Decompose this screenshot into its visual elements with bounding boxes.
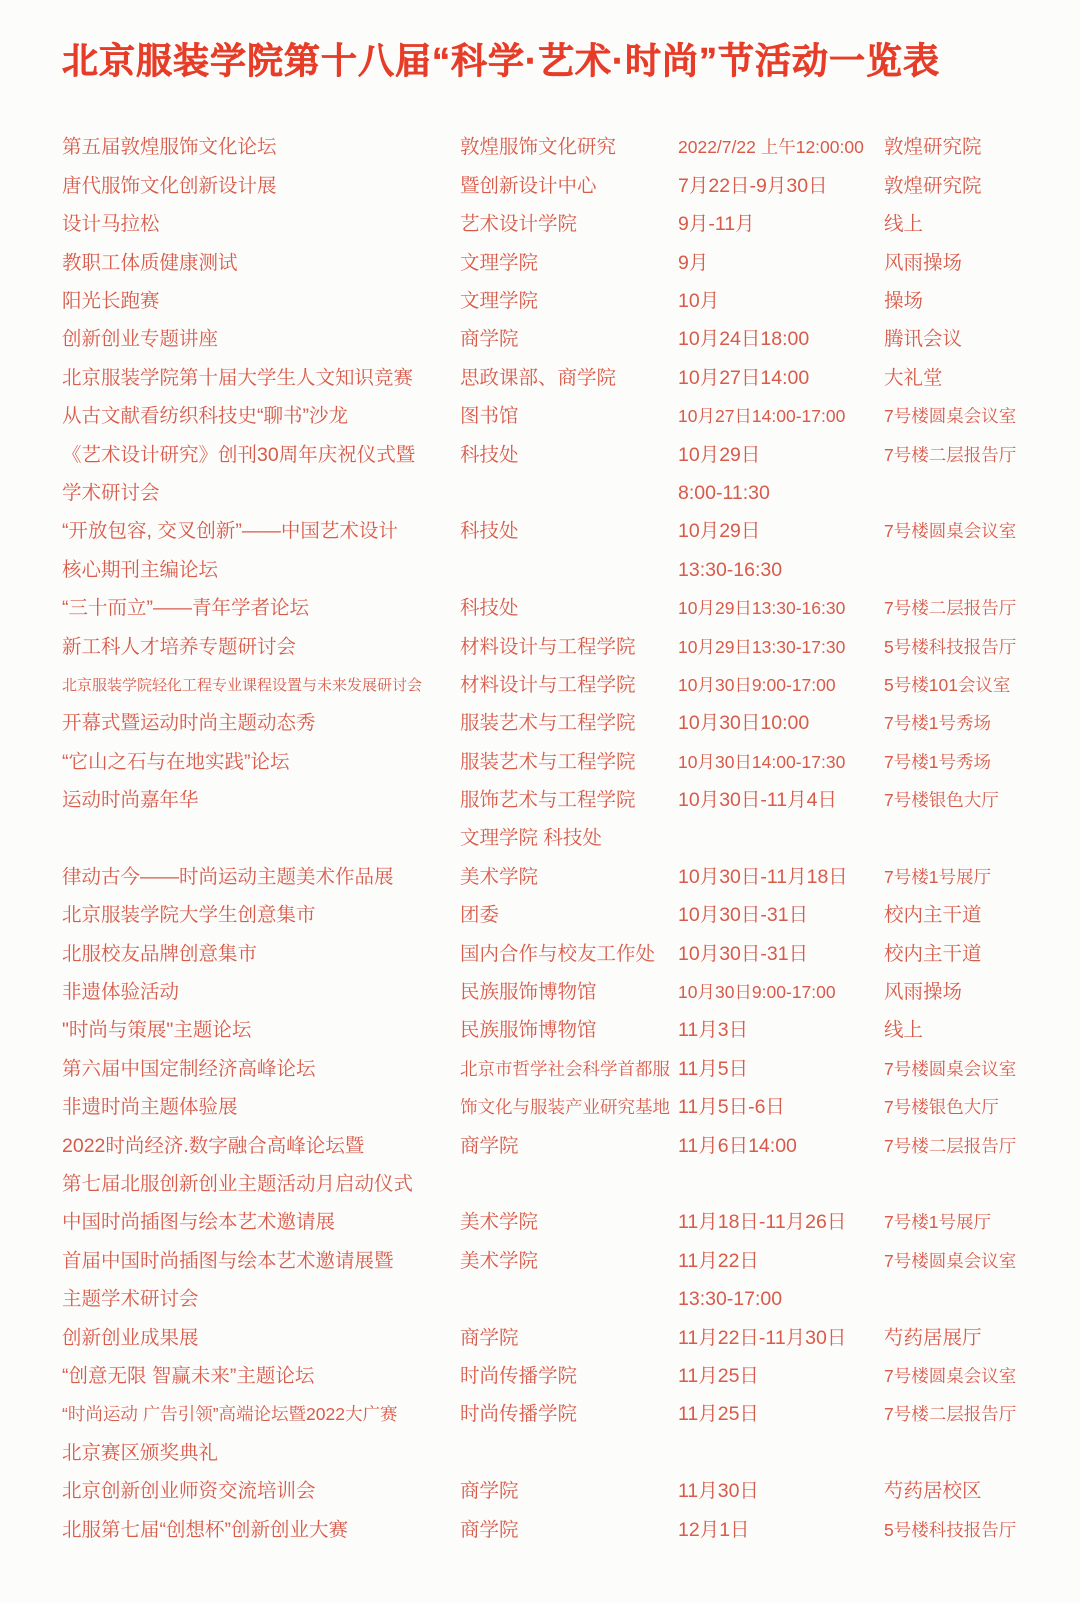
- location-cell: 校内主干道: [884, 906, 1050, 926]
- organizer-cell: 材料设计与工程学院: [460, 638, 678, 658]
- location-cell: 7号楼圆桌会议室: [884, 1253, 1050, 1271]
- organizer-cell: 图书馆: [460, 407, 678, 427]
- activity-cell: 北京创新创业师资交流培训会: [62, 1482, 460, 1502]
- location-cell: 7号楼1号秀场: [884, 754, 1050, 772]
- table-row: 第六届中国定制经济高峰论坛北京市哲学社会科学首都服11月5日7号楼圆桌会议室: [62, 1050, 1050, 1088]
- location-cell: 7号楼圆桌会议室: [884, 1061, 1050, 1079]
- datetime-cell: 9月-11月: [678, 215, 884, 235]
- organizer-cell: 国内合作与校友工作处: [460, 945, 678, 965]
- location-cell: 芍药居校区: [884, 1482, 1050, 1502]
- datetime-cell: 10月27日14:00-17:00: [678, 408, 884, 426]
- activity-cell: 核心期刊主编论坛: [62, 561, 460, 581]
- activity-cell: 主题学术研讨会: [62, 1290, 460, 1310]
- table-row: 运动时尚嘉年华服饰艺术与工程学院10月30日-11月4日7号楼银色大厅: [62, 782, 1050, 820]
- activity-cell: 中国时尚插图与绘本艺术邀请展: [62, 1213, 460, 1233]
- organizer-cell: 商学院: [460, 1137, 678, 1157]
- table-row: 第七届北服创新创业主题活动月启动仪式: [62, 1166, 1050, 1204]
- location-cell: 7号楼银色大厅: [884, 1099, 1050, 1117]
- organizer-cell: 思政课部、商学院: [460, 369, 678, 389]
- datetime-cell: 11月22日-11月30日: [678, 1329, 884, 1349]
- datetime-cell: 2022/7/22 上午12:00:00: [678, 139, 884, 157]
- table-row: 北京赛区颁奖典礼: [62, 1434, 1050, 1472]
- location-cell: 7号楼圆桌会议室: [884, 1368, 1050, 1386]
- location-cell: 7号楼二层报告厅: [884, 447, 1050, 465]
- datetime-cell: 10月30日-11月4日: [678, 791, 884, 811]
- organizer-cell: 科技处: [460, 599, 678, 619]
- datetime-cell: 11月5日: [678, 1060, 884, 1080]
- activity-cell: 第五届敦煌服饰文化论坛: [62, 138, 460, 158]
- organizer-cell: 科技处: [460, 446, 678, 466]
- organizer-cell: 商学院: [460, 1482, 678, 1502]
- location-cell: 操场: [884, 292, 1050, 312]
- activity-cell: 创新创业专题讲座: [62, 330, 460, 350]
- activity-cell: 学术研讨会: [62, 484, 460, 504]
- table-row: “开放包容, 交叉创新”——中国艺术设计科技处10月29日7号楼圆桌会议室: [62, 513, 1050, 551]
- organizer-cell: 服装艺术与工程学院: [460, 714, 678, 734]
- organizer-cell: 服饰艺术与工程学院: [460, 791, 678, 811]
- activity-cell: 北京服装学院轻化工程专业课程设置与未来发展研讨会: [62, 678, 460, 693]
- datetime-cell: 10月24日18:00: [678, 330, 884, 350]
- datetime-cell: 11月22日: [678, 1252, 884, 1272]
- organizer-cell: 服装艺术与工程学院: [460, 753, 678, 773]
- table-row: 第五届敦煌服饰文化论坛敦煌服饰文化研究2022/7/22 上午12:00:00敦…: [62, 129, 1050, 167]
- location-cell: 7号楼1号展厅: [884, 869, 1050, 887]
- organizer-cell: 美术学院: [460, 868, 678, 888]
- location-cell: 7号楼1号展厅: [884, 1214, 1050, 1232]
- table-row: “它山之石与在地实践”论坛服装艺术与工程学院10月30日14:00-17:307…: [62, 743, 1050, 781]
- activity-cell: “创意无限 智赢未来”主题论坛: [62, 1367, 460, 1387]
- datetime-cell: 11月30日: [678, 1482, 884, 1502]
- datetime-cell: 10月29日13:30-17:30: [678, 639, 884, 657]
- organizer-cell: 商学院: [460, 1329, 678, 1349]
- activity-cell: 创新创业成果展: [62, 1329, 460, 1349]
- activity-cell: 北京服装学院第十届大学生人文知识竞赛: [62, 369, 460, 389]
- organizer-cell: 美术学院: [460, 1252, 678, 1272]
- table-row: 2022时尚经济.数字融合高峰论坛暨商学院11月6日14:007号楼二层报告厅: [62, 1127, 1050, 1165]
- location-cell: 线上: [884, 215, 1050, 235]
- organizer-cell: 艺术设计学院: [460, 215, 678, 235]
- organizer-cell: 文理学院: [460, 254, 678, 274]
- location-cell: 线上: [884, 1021, 1050, 1041]
- datetime-cell: 10月30日-11月18日: [678, 868, 884, 888]
- table-row: 北京创新创业师资交流培训会商学院11月30日芍药居校区: [62, 1473, 1050, 1511]
- activity-cell: 首届中国时尚插图与绘本艺术邀请展暨: [62, 1252, 460, 1272]
- table-row: 从古文献看纺织科技史“聊书”沙龙图书馆10月27日14:00-17:007号楼圆…: [62, 398, 1050, 436]
- table-row: 核心期刊主编论坛13:30-16:30: [62, 551, 1050, 589]
- table-row: 设计马拉松艺术设计学院9月-11月线上: [62, 206, 1050, 244]
- activity-cell: 阳光长跑赛: [62, 292, 460, 312]
- table-row: 唐代服饰文化创新设计展暨创新设计中心7月22日-9月30日敦煌研究院: [62, 167, 1050, 205]
- organizer-cell: 时尚传播学院: [460, 1367, 678, 1387]
- activity-cell: 北服第七届“创想杯”创新创业大赛: [62, 1521, 460, 1541]
- activity-cell: 北京赛区颁奖典礼: [62, 1444, 460, 1464]
- datetime-cell: 10月30日-31日: [678, 945, 884, 965]
- location-cell: 大礼堂: [884, 369, 1050, 389]
- datetime-cell: 10月30日9:00-17:00: [678, 984, 884, 1002]
- activity-cell: 开幕式暨运动时尚主题动态秀: [62, 714, 460, 734]
- location-cell: 7号楼二层报告厅: [884, 600, 1050, 618]
- datetime-cell: 10月29日: [678, 522, 884, 542]
- organizer-cell: 材料设计与工程学院: [460, 676, 678, 696]
- activity-cell: 教职工体质健康测试: [62, 254, 460, 274]
- table-row: 首届中国时尚插图与绘本艺术邀请展暨美术学院11月22日7号楼圆桌会议室: [62, 1242, 1050, 1280]
- activity-cell: “三十而立”——青年学者论坛: [62, 599, 460, 619]
- datetime-cell: 11月5日-6日: [678, 1098, 884, 1118]
- datetime-cell: 7月22日-9月30日: [678, 177, 884, 197]
- datetime-cell: 13:30-16:30: [678, 561, 884, 581]
- datetime-cell: 11月6日14:00: [678, 1137, 884, 1157]
- organizer-cell: 科技处: [460, 522, 678, 542]
- activity-cell: 《艺术设计研究》创刊30周年庆祝仪式暨: [62, 446, 460, 466]
- datetime-cell: 10月30日-31日: [678, 906, 884, 926]
- table-row: “创意无限 智赢未来”主题论坛时尚传播学院11月25日7号楼圆桌会议室: [62, 1358, 1050, 1396]
- location-cell: 7号楼二层报告厅: [884, 1406, 1050, 1424]
- organizer-cell: 团委: [460, 906, 678, 926]
- table-row: 北服校友品牌创意集市国内合作与校友工作处10月30日-31日校内主干道: [62, 935, 1050, 973]
- location-cell: 7号楼圆桌会议室: [884, 523, 1050, 541]
- datetime-cell: 11月18日-11月26日: [678, 1213, 884, 1233]
- activity-cell: 设计马拉松: [62, 215, 460, 235]
- activity-cell: 北服校友品牌创意集市: [62, 945, 460, 965]
- activities-table: 第五届敦煌服饰文化论坛敦煌服饰文化研究2022/7/22 上午12:00:00敦…: [0, 129, 1080, 1549]
- organizer-cell: 商学院: [460, 1521, 678, 1541]
- activity-cell: 非遗时尚主题体验展: [62, 1098, 460, 1118]
- activity-cell: 运动时尚嘉年华: [62, 791, 460, 811]
- activity-cell: 非遗体验活动: [62, 983, 460, 1003]
- table-row: 北服第七届“创想杯”创新创业大赛商学院12月1日5号楼科技报告厅: [62, 1511, 1050, 1549]
- table-row: 北京服装学院第十届大学生人文知识竞赛思政课部、商学院10月27日14:00大礼堂: [62, 359, 1050, 397]
- organizer-cell: 民族服饰博物馆: [460, 1021, 678, 1041]
- location-cell: 敦煌研究院: [884, 138, 1050, 158]
- activity-cell: 从古文献看纺织科技史“聊书”沙龙: [62, 407, 460, 427]
- activity-cell: 2022时尚经济.数字融合高峰论坛暨: [62, 1137, 460, 1157]
- activity-cell: “开放包容, 交叉创新”——中国艺术设计: [62, 522, 460, 542]
- location-cell: 校内主干道: [884, 945, 1050, 965]
- location-cell: 芍药居展厅: [884, 1329, 1050, 1349]
- activity-cell: 第六届中国定制经济高峰论坛: [62, 1060, 460, 1080]
- table-row: 北京服装学院轻化工程专业课程设置与未来发展研讨会材料设计与工程学院10月30日9…: [62, 666, 1050, 704]
- organizer-cell: 暨创新设计中心: [460, 177, 678, 197]
- table-row: 中国时尚插图与绘本艺术邀请展美术学院11月18日-11月26日7号楼1号展厅: [62, 1204, 1050, 1242]
- datetime-cell: 11月25日: [678, 1405, 884, 1425]
- table-row: 创新创业专题讲座商学院10月24日18:00腾讯会议: [62, 321, 1050, 359]
- organizer-cell: 商学院: [460, 330, 678, 350]
- activity-cell: "时尚与策展"主题论坛: [62, 1021, 460, 1041]
- datetime-cell: 13:30-17:00: [678, 1290, 884, 1310]
- organizer-cell: 文理学院: [460, 292, 678, 312]
- activity-cell: “时尚运动 广告引领”高端论坛暨2022大广赛: [62, 1406, 460, 1424]
- datetime-cell: 12月1日: [678, 1521, 884, 1541]
- table-row: 开幕式暨运动时尚主题动态秀服装艺术与工程学院10月30日10:007号楼1号秀场: [62, 705, 1050, 743]
- table-row: “三十而立”——青年学者论坛科技处10月29日13:30-16:307号楼二层报…: [62, 590, 1050, 628]
- table-row: 非遗体验活动民族服饰博物馆10月30日9:00-17:00风雨操场: [62, 974, 1050, 1012]
- table-row: 非遗时尚主题体验展饰文化与服装产业研究基地11月5日-6日7号楼银色大厅: [62, 1089, 1050, 1127]
- location-cell: 7号楼1号秀场: [884, 715, 1050, 733]
- location-cell: 5号楼101会议室: [884, 677, 1050, 695]
- datetime-cell: 10月30日14:00-17:30: [678, 754, 884, 772]
- table-row: “时尚运动 广告引领”高端论坛暨2022大广赛时尚传播学院11月25日7号楼二层…: [62, 1396, 1050, 1434]
- table-row: 学术研讨会8:00-11:30: [62, 475, 1050, 513]
- festival-schedule-page: 北京服装学院第十八届“科学·艺术·时尚”节活动一览表 第五届敦煌服饰文化论坛敦煌…: [0, 0, 1080, 1603]
- table-row: 律动古今——时尚运动主题美术作品展美术学院10月30日-11月18日7号楼1号展…: [62, 858, 1050, 896]
- activity-cell: 北京服装学院大学生创意集市: [62, 906, 460, 926]
- location-cell: 5号楼科技报告厅: [884, 639, 1050, 657]
- organizer-cell: 民族服饰博物馆: [460, 983, 678, 1003]
- organizer-cell: 北京市哲学社会科学首都服: [460, 1061, 678, 1079]
- table-row: 新工科人才培养专题研讨会材料设计与工程学院10月29日13:30-17:305号…: [62, 628, 1050, 666]
- activity-cell: 新工科人才培养专题研讨会: [62, 638, 460, 658]
- table-row: 阳光长跑赛文理学院10月操场: [62, 283, 1050, 321]
- activity-cell: 唐代服饰文化创新设计展: [62, 177, 460, 197]
- datetime-cell: 10月30日10:00: [678, 714, 884, 734]
- datetime-cell: 10月29日13:30-16:30: [678, 600, 884, 618]
- datetime-cell: 8:00-11:30: [678, 484, 884, 504]
- table-row: 教职工体质健康测试文理学院9月风雨操场: [62, 244, 1050, 282]
- activity-cell: “它山之石与在地实践”论坛: [62, 753, 460, 773]
- table-row: 主题学术研讨会13:30-17:00: [62, 1281, 1050, 1319]
- location-cell: 风雨操场: [884, 983, 1050, 1003]
- location-cell: 7号楼二层报告厅: [884, 1138, 1050, 1156]
- organizer-cell: 文理学院 科技处: [460, 829, 678, 849]
- table-row: "时尚与策展"主题论坛民族服饰博物馆11月3日线上: [62, 1012, 1050, 1050]
- datetime-cell: 11月25日: [678, 1367, 884, 1387]
- datetime-cell: 11月3日: [678, 1021, 884, 1041]
- location-cell: 7号楼银色大厅: [884, 792, 1050, 810]
- page-title: 北京服装学院第十八届“科学·艺术·时尚”节活动一览表: [62, 33, 1018, 84]
- organizer-cell: 美术学院: [460, 1213, 678, 1233]
- activity-cell: 第七届北服创新创业主题活动月启动仪式: [62, 1175, 460, 1195]
- organizer-cell: 敦煌服饰文化研究: [460, 138, 678, 158]
- datetime-cell: 9月: [678, 254, 884, 274]
- datetime-cell: 10月30日9:00-17:00: [678, 677, 884, 695]
- datetime-cell: 10月: [678, 292, 884, 312]
- datetime-cell: 10月29日: [678, 446, 884, 466]
- location-cell: 腾讯会议: [884, 330, 1050, 350]
- table-row: 北京服装学院大学生创意集市团委10月30日-31日校内主干道: [62, 897, 1050, 935]
- table-row: 文理学院 科技处: [62, 820, 1050, 858]
- datetime-cell: 10月27日14:00: [678, 369, 884, 389]
- organizer-cell: 饰文化与服装产业研究基地: [460, 1099, 678, 1117]
- activity-cell: 律动古今——时尚运动主题美术作品展: [62, 868, 460, 888]
- table-row: 创新创业成果展商学院11月22日-11月30日芍药居展厅: [62, 1319, 1050, 1357]
- organizer-cell: 时尚传播学院: [460, 1405, 678, 1425]
- location-cell: 7号楼圆桌会议室: [884, 408, 1050, 426]
- table-row: 《艺术设计研究》创刊30周年庆祝仪式暨科技处10月29日7号楼二层报告厅: [62, 436, 1050, 474]
- location-cell: 敦煌研究院: [884, 177, 1050, 197]
- location-cell: 5号楼科技报告厅: [884, 1522, 1050, 1540]
- location-cell: 风雨操场: [884, 254, 1050, 274]
